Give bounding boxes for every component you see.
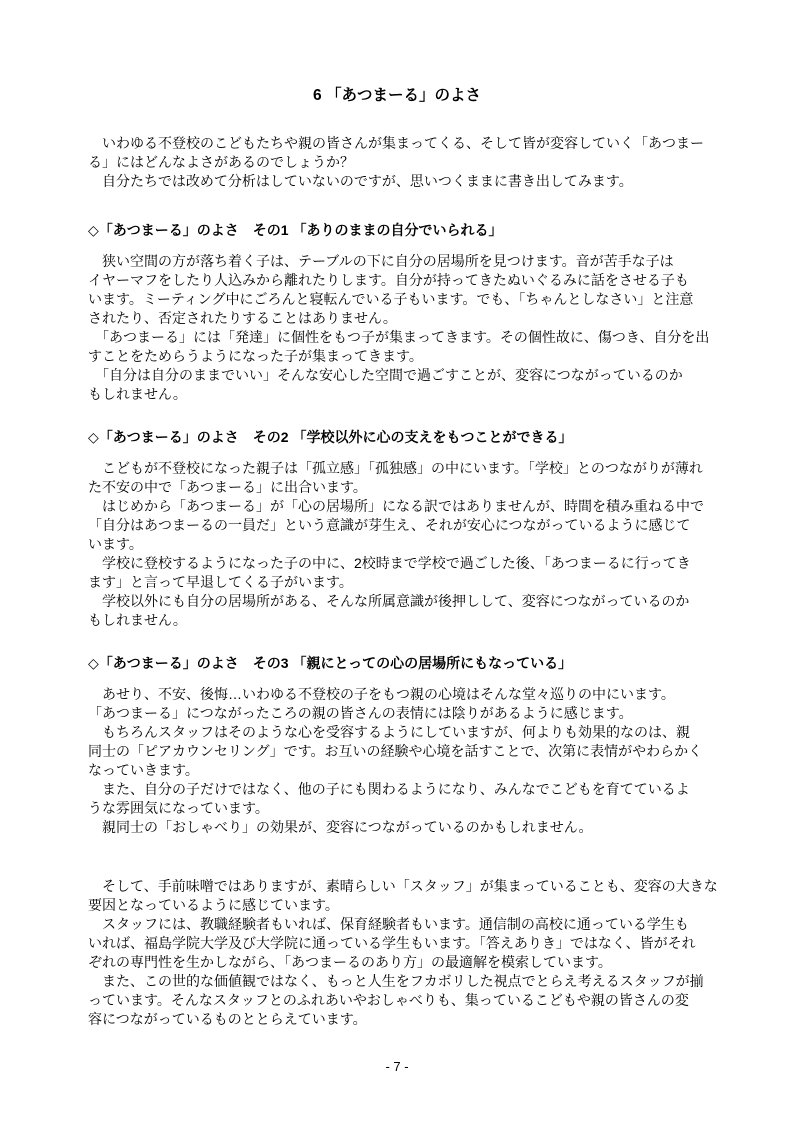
section-2-body: こどもが不登校になった親子は「孤立感」「孤独感」の中にいます。「学校」とのつなが…: [88, 459, 706, 630]
section-3-heading: ◇「あつまーる」のよさ その3 「親にとっての心の居場所にもなっている」: [88, 654, 706, 673]
text-line: います。: [88, 535, 706, 554]
text-line: もちろんスタッフはそのような心を受容するようにしていますが、何よりも効果的なのは…: [88, 723, 706, 742]
text-line: あせり、不安、後悔…いわゆる不登校の子をもつ親の心境はそんな堂々巡りの中にいます…: [88, 685, 706, 704]
section-3-body: あせり、不安、後悔…いわゆる不登校の子をもつ親の心境はそんな堂々巡りの中にいます…: [88, 685, 706, 837]
text-line: また、自分の子だけではなく、他の子にも関わるようになり、みんなでこどもを育ててい…: [88, 780, 706, 799]
text-line: もしれません。: [88, 611, 706, 630]
text-line: 「自分は自分のままでいい」そんな安心した空間で過ごすことが、変容につながっている…: [88, 366, 706, 385]
text-line: 「自分はあつまーるの一員だ」という意識が芽生え、それが安心につながっているように…: [88, 516, 706, 535]
document-page: 6 「あつまーる」のよさ いわゆる不登校のこどもたちや親の皆さんが集まってくる、…: [0, 0, 794, 1123]
text-line: っています。そんなスタッフとのふれあいやおしゃべりも、集っているこどもや親の皆さ…: [88, 991, 706, 1010]
page-title: 6 「あつまーる」のよさ: [88, 86, 706, 106]
section-1-heading: ◇「あつまーる」のよさ その1 「ありのままの自分でいられる」: [88, 221, 706, 240]
text-line: 要因となっているように感じています。: [88, 896, 706, 915]
section-1-body: 狭い空間の方が落ち着く子は、テーブルの下に自分の居場所を見つけます。音が苦手な子…: [88, 252, 706, 404]
page-number: - 7 -: [0, 1058, 794, 1075]
text-line: イヤーマフをしたり人込みから離れたりします。自分が持ってきたぬいぐるみに話をさせ…: [88, 271, 706, 290]
text-line: 「あつまーる」につながったころの親の皆さんの表情には陰りがあるように感じます。: [88, 704, 706, 723]
closing-paragraph: そして、手前味噌ではありますが、素晴らしい「スタッフ」が集まっていることも、変容…: [88, 877, 706, 1029]
text-line: 狭い空間の方が落ち着く子は、テーブルの下に自分の居場所を見つけます。音が苦手な子…: [88, 252, 706, 271]
text-line: 学校に登校するようになった子の中に、2校時まで学校で過ごした後、「あつまーるに行…: [88, 554, 706, 573]
section-2-heading: ◇「あつまーる」のよさ その2 「学校以外に心の支えをもつことができる」: [88, 428, 706, 447]
text-line: もしれません。: [88, 385, 706, 404]
text-line: 同士の「ピアカウンセリング」です。お互いの経験や心境を話すことで、次第に表情がや…: [88, 742, 706, 761]
intro-paragraph: いわゆる不登校のこどもたちや親の皆さんが集まってくる、そして皆が変容していく「あ…: [88, 134, 706, 191]
text-line: いわゆる不登校のこどもたちや親の皆さんが集まってくる、そして皆が変容していく「あ…: [88, 134, 706, 153]
text-line: 容につながっているものととらえています。: [88, 1010, 706, 1029]
text-line: 「あつまーる」には「発達」に個性をもつ子が集まってきます。その個性故に、傷つき、…: [88, 328, 706, 347]
text-line: また、この世的な価値観ではなく、もっと人生をフカボリした視点でとらえ考えるスタッ…: [88, 972, 706, 991]
text-line: そして、手前味噌ではありますが、素晴らしい「スタッフ」が集まっていることも、変容…: [88, 877, 706, 896]
text-line: うな雰囲気になっています。: [88, 799, 706, 818]
text-line: る」にはどんなよさがあるのでしょうか？: [88, 153, 706, 172]
text-line: こどもが不登校になった親子は「孤立感」「孤独感」の中にいます。「学校」とのつなが…: [88, 459, 706, 478]
text-line: なっていきます。: [88, 761, 706, 780]
text-line: すことをためらうようになった子が集まってきます。: [88, 347, 706, 366]
text-line: ます」と言って早退してくる子がいます。: [88, 573, 706, 592]
text-line: 学校以外にも自分の居場所がある、そんな所属意識が後押しして、変容につながっている…: [88, 592, 706, 611]
text-line: スタッフには、教職経験者もいれば、保育経験者もいます。通信制の高校に通っている学…: [88, 915, 706, 934]
text-line: いれば、福島学院大学及び大学院に通っている学生もいます。「答えありき」ではなく、…: [88, 934, 706, 953]
text-line: た不安の中で「あつまーる」に出合います。: [88, 478, 706, 497]
text-line: 親同士の「おしゃべり」の効果が、変容につながっているのかもしれません。: [88, 818, 706, 837]
text-line: います。ミーティング中にごろんと寝転んでいる子もいます。でも、「ちゃんとしなさい…: [88, 290, 706, 309]
text-line: されたり、否定されたりすることはありません。: [88, 309, 706, 328]
text-line: ぞれの専門性を生かしながら、「あつまーるのあり方」の最適解を模索しています。: [88, 953, 706, 972]
text-line: はじめから「あつまーる」が「心の居場所」になる訳ではありませんが、時間を積み重ね…: [88, 497, 706, 516]
text-line: 自分たちでは改めて分析はしていないのですが、思いつくままに書き出してみます。: [88, 172, 706, 191]
